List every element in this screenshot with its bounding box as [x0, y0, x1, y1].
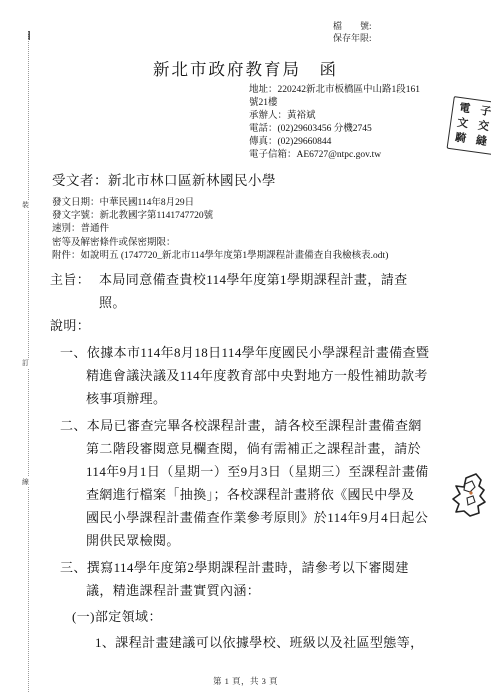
- item-2-line-6: 開供民眾檢閱。: [0, 529, 487, 552]
- file-number-label: 檔 號:: [333, 21, 372, 33]
- official-letter-page: 裝 訂 線 檔 號: 保存年限: 新北市政府教育局 函 地址：220242新北市…: [0, 0, 491, 700]
- retention-period-label: 保存年限:: [333, 33, 372, 45]
- dispatch-number: 發文字號：新北教國字第1141747720號: [52, 210, 388, 223]
- item-3-line-1: 三、撰寫114學年度第2學期課程計畫時，請參考以下審閱建: [0, 556, 487, 579]
- item-1-line-1: 一、依據本市114年8月18日114學年度國民小學課程計畫備查暨: [0, 341, 487, 364]
- electronic-exchange-stamp: 電 文 騎 子 交 縫: [447, 96, 491, 155]
- item-1-line-3: 核事項辦理。: [0, 387, 487, 410]
- stamp-char: 騎: [449, 130, 472, 148]
- dispatch-meta-block: 發文日期：中華民國114年8月29日 發文字號：新北教國字第1141747720…: [52, 197, 388, 263]
- agency-email: 電子信箱：AE6727@ntpc.gov.tw: [249, 149, 420, 162]
- explanation-label: 說明：: [0, 314, 487, 337]
- seal-blob-icon: [452, 472, 488, 520]
- subject-line-1: 主旨：本局同意備查貴校114學年度第1學期課程計畫，請查: [0, 268, 487, 291]
- subject-line-2: 照。: [0, 291, 487, 314]
- binding-mark-zhuang: 裝: [22, 200, 29, 210]
- dispatch-date: 發文日期：中華民國114年8月29日: [52, 197, 388, 210]
- sub-sub-item-1: 1、課程計畫建議可以依據學校、班級以及社區型態等，: [0, 631, 487, 654]
- item-2-line-1: 二、本局已審查完畢各校課程計畫，請各校至課程計畫備查網: [0, 414, 487, 437]
- letter-body: 主旨：本局同意備查貴校114學年度第1學期課程計畫，請查 照。 說明： 一、依據…: [0, 268, 487, 654]
- agency-phone: 電話：(02)29603456 分機2745: [249, 123, 420, 136]
- item-3-line-2: 議，精進課程計畫實質內涵：: [0, 579, 487, 602]
- attachment: 附件：如說明五 (1747720_新北市114學年度第1學期課程計畫備查自我檢核…: [52, 250, 388, 263]
- agency-contact-block: 地址：220242新北市板橋區中山路1段161 號21樓 承辦人：黃裕斌 電話：…: [249, 84, 420, 161]
- file-number-block: 檔 號: 保存年限:: [333, 21, 372, 44]
- partial-seal-mark: [452, 472, 488, 525]
- recipient-line: 受文者：新北市林口區新林國民小學: [52, 169, 276, 189]
- stamp-char: 縫: [470, 133, 491, 151]
- item-2-line-3: 114年9月1日（星期一）至9月3日（星期三）至課程計畫備: [0, 460, 487, 483]
- priority: 速別：普通件: [52, 223, 388, 236]
- agency-contact-person: 承辦人：黃裕斌: [249, 110, 420, 123]
- document-title: 新北市政府教育局 函: [0, 56, 491, 80]
- item-2-line-4: 查網進行檔案「抽換」；各校課程計畫將依《國民中學及: [0, 483, 487, 506]
- item-2-line-5: 國民小學課程計畫備查作業參考原則》於114年9月4日起公: [0, 506, 487, 529]
- subject-label: 主旨：: [50, 268, 99, 291]
- sub-item-1: (一)部定領域：: [0, 605, 487, 628]
- agency-fax: 傳真：(02)29660844: [249, 136, 420, 149]
- classification: 密等及解密條件或保密期限：: [52, 237, 388, 250]
- subject-text: 本局同意備查貴校114學年度第1學期課程計畫，請查: [99, 272, 408, 287]
- item-1-line-2: 精進會議決議及114年度教育部中央對地方一般性補助款考: [0, 364, 487, 387]
- agency-address-line2: 號21樓: [249, 97, 420, 110]
- item-2-line-2: 第二階段審閱意見欄查閱，倘有需補正之課程計畫，請於: [0, 437, 487, 460]
- page-footer: 第 1 頁，共 3 頁: [0, 675, 491, 687]
- agency-address-line1: 地址：220242新北市板橋區中山路1段161: [249, 84, 420, 97]
